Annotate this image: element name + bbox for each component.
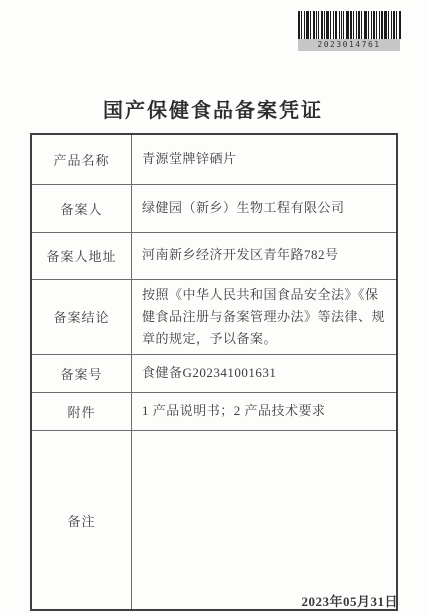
issue-date: 2023年05月31日	[301, 591, 398, 610]
table-row: 备案人 绿健园（新乡）生物工程有限公司	[31, 184, 397, 232]
barcode: 2023014761	[298, 11, 400, 51]
table-row: 备案号 食健备G202341001631	[31, 354, 397, 392]
table-row: 备注	[31, 430, 397, 610]
page-title: 国产保健食品备案凭证	[0, 94, 426, 123]
row-value-conclusion: 按照《中华人民共和国食品安全法》《保健食品注册与备案管理办法》等法律、规章的规定…	[132, 279, 398, 354]
table-row: 附件 1 产品说明书；2 产品技术要求	[31, 392, 397, 430]
row-label-remarks: 备注	[31, 430, 132, 610]
table-row: 备案人地址 河南新乡经济开发区青年路782号	[31, 232, 397, 279]
table-row: 产品名称 青源堂牌锌硒片	[31, 134, 397, 184]
row-label-registrant: 备案人	[31, 184, 132, 232]
row-label-registration-number: 备案号	[31, 354, 132, 392]
row-value-remarks	[132, 430, 398, 610]
table-row: 备案结论 按照《中华人民共和国食品安全法》《保健食品注册与备案管理办法》等法律、…	[31, 279, 397, 354]
barcode-bars-icon	[298, 11, 400, 39]
certificate-page: 2023014761 国产保健食品备案凭证 产品名称 青源堂牌锌硒片 备案人 绿…	[0, 0, 426, 615]
row-label-conclusion: 备案结论	[31, 279, 132, 354]
row-value-registrant-address: 河南新乡经济开发区青年路782号	[132, 232, 398, 279]
barcode-number: 2023014761	[298, 39, 400, 51]
row-value-registration-number: 食健备G202341001631	[132, 354, 398, 392]
row-value-product-name: 青源堂牌锌硒片	[132, 134, 398, 184]
row-label-registrant-address: 备案人地址	[31, 232, 132, 279]
row-label-attachments: 附件	[31, 392, 132, 430]
row-label-product-name: 产品名称	[31, 134, 132, 184]
certificate-table: 产品名称 青源堂牌锌硒片 备案人 绿健园（新乡）生物工程有限公司 备案人地址 河…	[30, 133, 398, 611]
row-value-attachments: 1 产品说明书；2 产品技术要求	[132, 392, 398, 430]
row-value-registrant: 绿健园（新乡）生物工程有限公司	[132, 184, 398, 232]
